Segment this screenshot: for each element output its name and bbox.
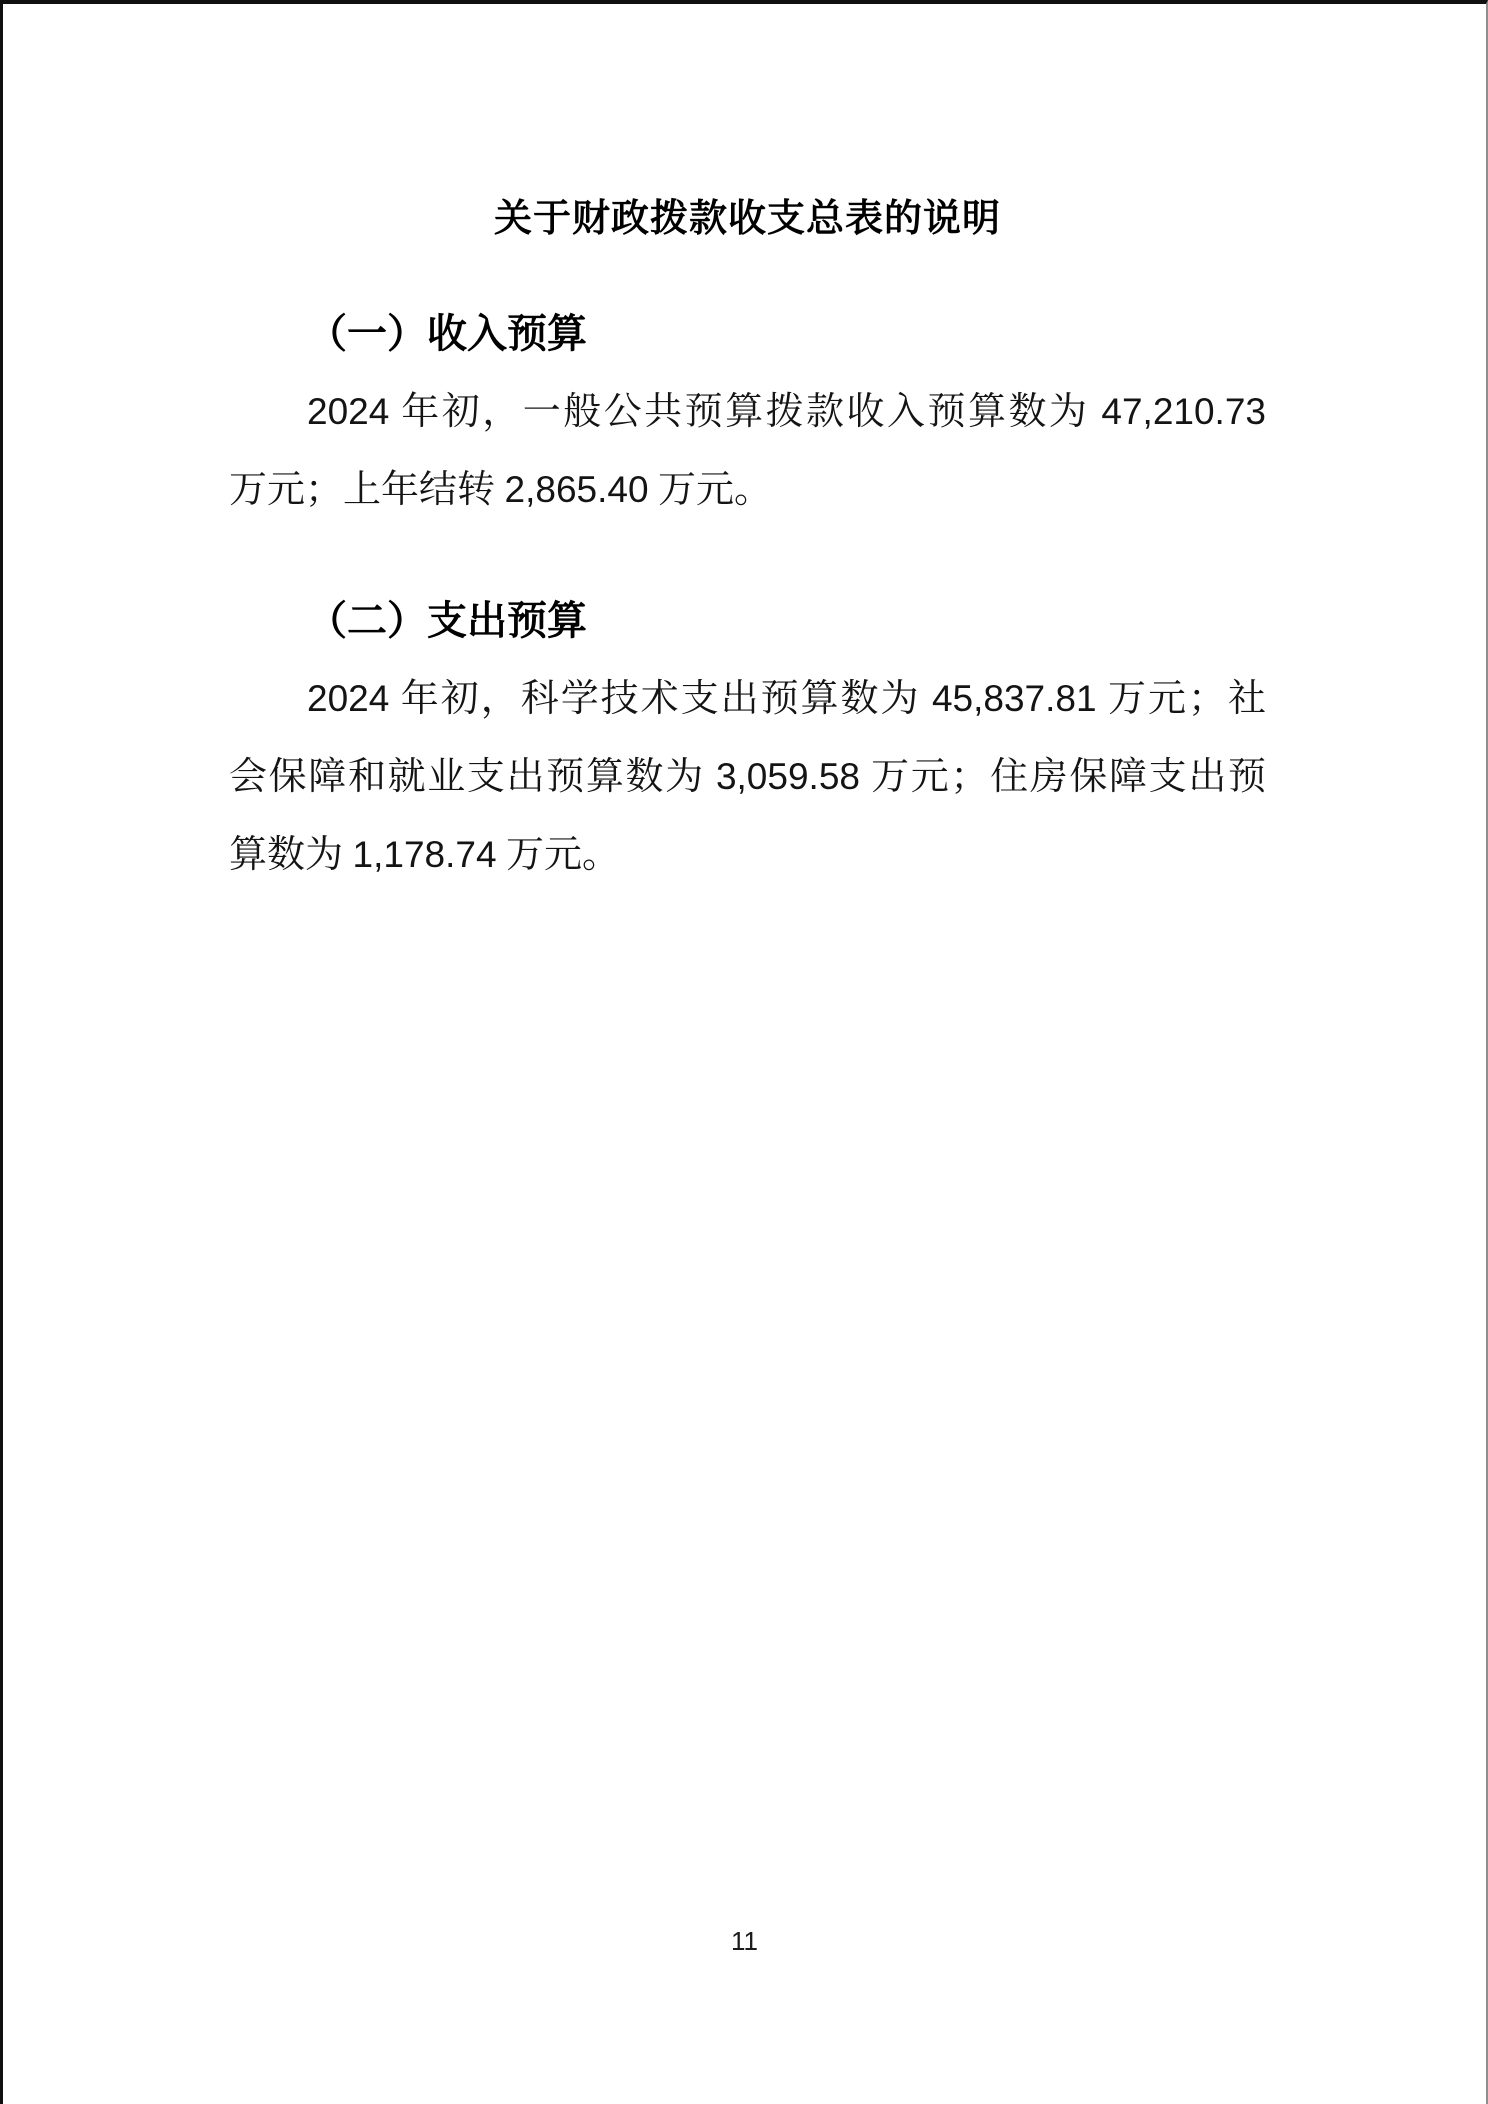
document-page: { "document": { "title": "关于财政拨款收支总表的说明"… <box>0 0 1488 2104</box>
section-heading-income: （一）收入预算 <box>229 296 1266 373</box>
science-tech-text: 年初，科学技术支出预算数为 <box>389 678 932 720</box>
paragraph-income-line-2: 万元；上年结转 2,865.40 万元。 <box>229 451 1266 529</box>
page-content: 关于财政拨款收支总表的说明 （一）收入预算 2024 年初，一般公共预算拨款收入… <box>229 4 1266 894</box>
unit-text: 万元。 <box>649 469 773 511</box>
housing-amount: 1,178.74 <box>353 834 497 875</box>
paragraph-expenditure-line-3: 算数为 1,178.74 万元。 <box>229 816 1266 894</box>
science-tech-amount: 45,837.81 <box>932 678 1097 719</box>
carryover-amount: 2,865.40 <box>505 469 649 510</box>
closing-unit-text: 万元。 <box>497 834 621 876</box>
year-value-2: 2024 <box>307 678 389 719</box>
carryover-text: 万元；上年结转 <box>229 469 505 511</box>
paragraph-expenditure-line-1: 2024 年初，科学技术支出预算数为 45,837.81 万元；社 <box>229 660 1266 738</box>
income-text: 年初，一般公共预算拨款收入预算数为 <box>389 391 1101 433</box>
social-text-start: 万元；社 <box>1097 678 1266 720</box>
housing-text-start: 万元；住房保障支出预 <box>860 756 1266 798</box>
social-security-text: 会保障和就业支出预算数为 <box>229 756 716 798</box>
income-budget-amount: 47,210.73 <box>1101 391 1266 432</box>
housing-text-end: 算数为 <box>229 834 353 876</box>
year-value: 2024 <box>307 391 389 432</box>
paragraph-income-line-1: 2024 年初，一般公共预算拨款收入预算数为 47,210.73 <box>229 373 1266 451</box>
paragraph-expenditure-line-2: 会保障和就业支出预算数为 3,059.58 万元；住房保障支出预 <box>229 738 1266 816</box>
document-title: 关于财政拨款收支总表的说明 <box>229 196 1266 242</box>
page-number: 11 <box>3 1926 1486 1957</box>
social-security-amount: 3,059.58 <box>716 756 860 797</box>
section-heading-expenditure: （二）支出预算 <box>229 583 1266 660</box>
